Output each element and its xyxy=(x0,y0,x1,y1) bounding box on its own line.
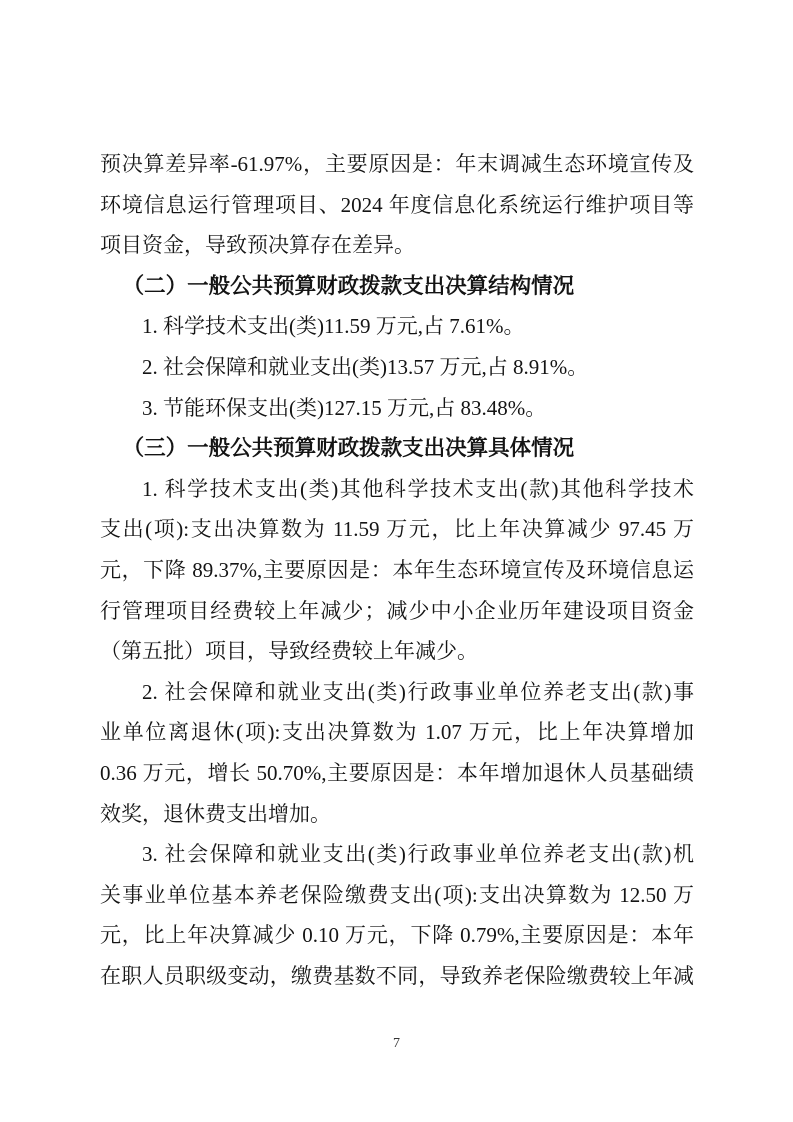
document-page: 预决算差异率-61.97%，主要原因是：年末调减生态环境宣传及环境信息运行管理项… xyxy=(0,0,793,1122)
text-line: （第五批）项目，导致经费较上年减少。 xyxy=(100,631,694,672)
text-line: 项目资金，导致预决算存在差异。 xyxy=(100,225,694,266)
text-line: 业单位离退休(项):支出决算数为 1.07 万元，比上年决算增加 xyxy=(100,712,694,753)
text-line: 3. 社会保障和就业支出(类)行政事业单位养老支出(款)机 xyxy=(100,834,694,875)
text-line: 环境信息运行管理项目、2024 年度信息化系统运行维护项目等 xyxy=(100,185,694,226)
text-line: 1. 科学技术支出(类)11.59 万元,占 7.61%。 xyxy=(100,306,694,347)
text-line: 支出(项):支出决算数为 11.59 万元，比上年决算减少 97.45 万 xyxy=(100,509,694,550)
text-line: 元，比上年决算减少 0.10 万元，下降 0.79%,主要原因是：本年 xyxy=(100,915,694,956)
section-heading: （三）一般公共预算财政拨款支出决算具体情况 xyxy=(100,428,694,469)
page-number: 7 xyxy=(0,1036,793,1052)
text-line: 关事业单位基本养老保险缴费支出(项):支出决算数为 12.50 万 xyxy=(100,875,694,916)
text-line: 0.36 万元，增长 50.70%,主要原因是：本年增加退休人员基础绩 xyxy=(100,753,694,794)
section-heading: （二）一般公共预算财政拨款支出决算结构情况 xyxy=(100,266,694,307)
text-content: 预决算差异率-61.97%，主要原因是：年末调减生态环境宣传及环境信息运行管理项… xyxy=(100,144,694,996)
text-line: 1. 科学技术支出(类)其他科学技术支出(款)其他科学技术 xyxy=(100,469,694,510)
text-line: 预决算差异率-61.97%，主要原因是：年末调减生态环境宣传及 xyxy=(100,144,694,185)
text-line: 2. 社会保障和就业支出(类)13.57 万元,占 8.91%。 xyxy=(100,347,694,388)
text-line: 在职人员职级变动，缴费基数不同，导致养老保险缴费较上年减 xyxy=(100,956,694,997)
text-line: 元，下降 89.37%,主要原因是：本年生态环境宣传及环境信息运 xyxy=(100,550,694,591)
text-line: 2. 社会保障和就业支出(类)行政事业单位养老支出(款)事 xyxy=(100,672,694,713)
text-line: 3. 节能环保支出(类)127.15 万元,占 83.48%。 xyxy=(100,388,694,429)
text-line: 效奖，退休费支出增加。 xyxy=(100,794,694,835)
text-line: 行管理项目经费较上年减少；减少中小企业历年建设项目资金 xyxy=(100,591,694,632)
